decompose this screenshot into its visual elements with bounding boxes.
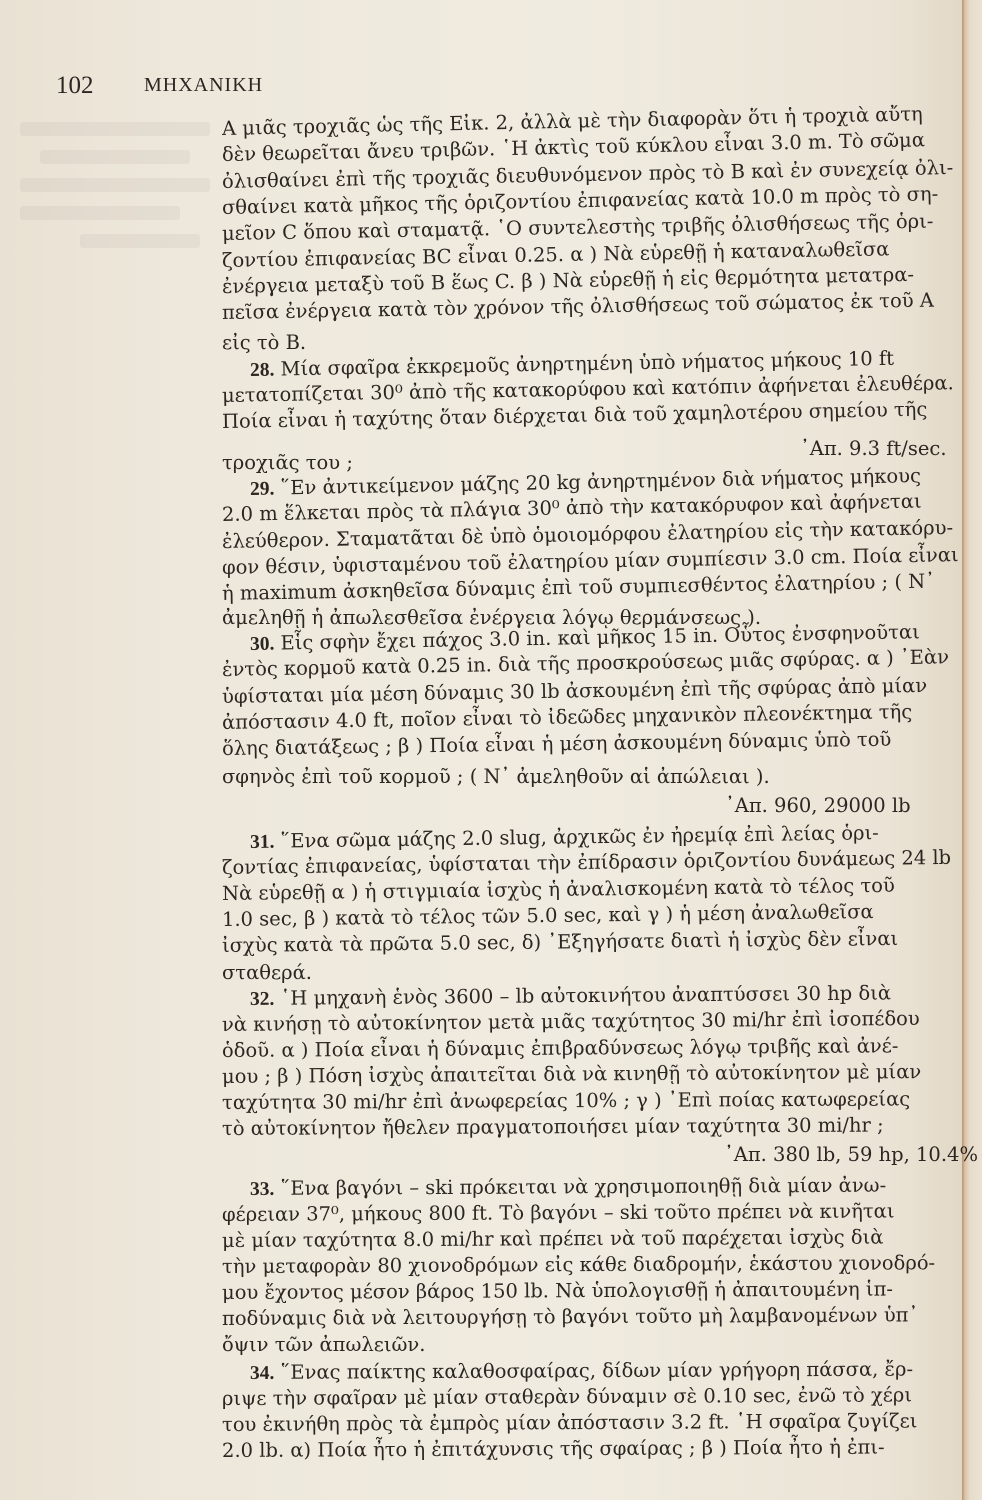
problem-33-line: μου ἔχοντος μέσον βάρος 150 lb. Νὰ ὑπολο…: [222, 1277, 893, 1305]
page-number: 102: [56, 72, 94, 99]
bleed-through: [20, 178, 210, 192]
problem-number: 30.: [250, 634, 275, 655]
problem-34-line: 2.0 lb. α) Ποία ἦτο ἡ ἐπιτάχυνσις τῆς σφ…: [222, 1436, 885, 1463]
problem-33-line: τὴν μεταφορὰν 80 χιονοδρόμων εἰς κάθε δι…: [222, 1251, 935, 1279]
problem-34-line: ριψε τὴν σφαῖραν μὲ μίαν σταθερὰν δύναμι…: [222, 1383, 912, 1411]
problem-34-line: 34. ῞Ενας παίκτης καλαθοσφαίρας, δίδων μ…: [250, 1358, 913, 1386]
problem-30-line: σφηνὸς ἐπὶ τοῦ κορμοῦ ; ( N᾿ ἀμεληθοῦν α…: [222, 765, 770, 789]
problem-number: 29.: [250, 479, 275, 500]
problem-number: 28.: [250, 360, 275, 381]
text-line: εἰς τὸ B.: [222, 331, 306, 355]
bleed-through: [20, 122, 210, 136]
problem-28-answer: ᾿Απ. 9.3 ft/sec.: [800, 437, 947, 460]
problem-33-line: μὲ μίαν ταχύτητα 8.0 mi/hr καὶ πρέπει νὰ…: [222, 1226, 884, 1253]
problem-33-line: ποδύναμις διὰ νὰ λειτουργήσῃ τὸ βαγόνι τ…: [222, 1303, 918, 1331]
problem-32-line: ὁδοῦ. α ) Ποία εἶναι ἡ δύναμις ἐπιβραδύν…: [222, 1034, 899, 1063]
problem-28-line: τροχιᾶς του ;: [222, 451, 353, 475]
problem-32-line: τὸ αὐτοκίνητον ἤθελεν πραγματοποιήσει μί…: [222, 1114, 884, 1141]
bleed-through: [80, 234, 200, 248]
bleed-through: [40, 150, 190, 164]
problem-number: 32.: [250, 989, 275, 1010]
problem-30-answer: ᾿Απ. 960, 29000 lb: [725, 794, 911, 817]
problem-31-line: σταθερά.: [222, 961, 312, 985]
problem-32-answer: ᾿Απ. 380 lb, 59 hp, 10.4%: [724, 1143, 978, 1166]
problem-32-line: μου ; β ) Πόση ἰσχὺς ἀπαιτεῖται διὰ νὰ κ…: [222, 1060, 921, 1089]
bleed-through: [20, 206, 180, 220]
problem-number: 34.: [250, 1363, 274, 1384]
problem-33-line: φέρειαν 37⁰, μήκους 800 ft. Τὸ βαγόνι – …: [222, 1199, 895, 1227]
problem-33-line: ὄψιν τῶν ἀπωλειῶν.: [222, 1333, 425, 1357]
page-gutter-edge: [962, 0, 982, 1500]
problem-32-line: ταχύτητα 30 mi/hr ἐπὶ ἀνωφερείας 10% ; γ…: [222, 1087, 910, 1115]
problem-number: 31.: [250, 832, 275, 853]
problem-33-line: 33. ῞Ενα βαγόνι – ski πρόκειται νὰ χρησι…: [250, 1174, 886, 1202]
running-head: 102 ΜΗΧΑΝΙΚΗ: [56, 72, 94, 100]
problem-number: 33.: [250, 1179, 274, 1200]
running-title: ΜΗΧΑΝΙΚΗ: [144, 74, 263, 97]
problem-34-line: του ἐκινήθη πρὸς τὰ ἐμπρὸς μίαν ἀπόστασι…: [222, 1409, 918, 1437]
